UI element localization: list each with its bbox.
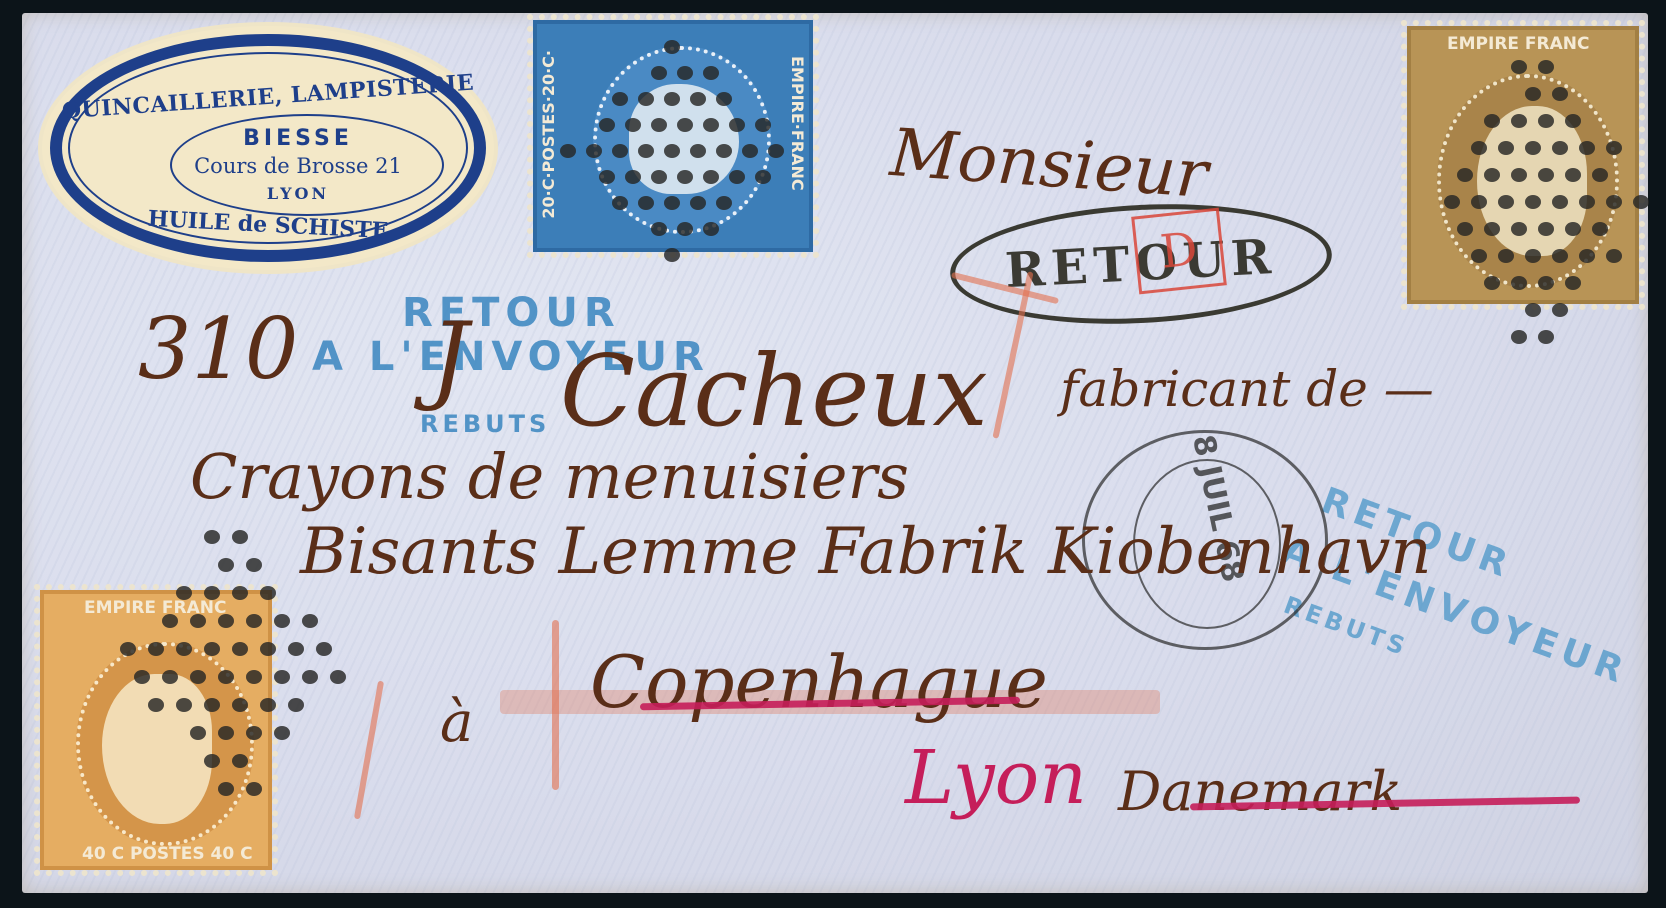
label-address: Cours de Brosse 21 bbox=[72, 154, 524, 178]
stamp-value-text: 20·C·POSTES·20·C· bbox=[539, 50, 558, 219]
stamp-country-text: EMPIRE FRANC bbox=[1447, 34, 1590, 54]
stamp-value-text: 40 C POSTES 40 C bbox=[82, 844, 253, 864]
label-city: LYON bbox=[72, 184, 524, 203]
address-country-struck: Danemark bbox=[1118, 760, 1402, 823]
label-name: BIESSE bbox=[72, 126, 524, 151]
address-line-3: Bisants Lemme Fabrik Kiobenhavn bbox=[300, 515, 1432, 589]
stamp-country-text: EMPIRE FRANC bbox=[84, 598, 227, 618]
stamp-blue-20c: 20·C·POSTES·20·C· EMPIRE·FRANC bbox=[533, 20, 813, 252]
handstamp-line3: REBUTS bbox=[420, 410, 550, 438]
stamp-country-text: EMPIRE·FRANC bbox=[788, 56, 807, 191]
portrait-icon bbox=[1477, 106, 1587, 256]
red-boxed-mark: D bbox=[1131, 208, 1227, 295]
merchant-label: QUINCAILLERIE, LAMPISTERIE BIESSE Cours … bbox=[42, 26, 494, 270]
addressee-name: Cacheux bbox=[560, 335, 988, 449]
postage-rate: 310 bbox=[138, 300, 298, 398]
portrait-icon bbox=[102, 674, 212, 824]
address-line-2: Crayons de menuisiers bbox=[190, 440, 909, 513]
stamp-orange-40c: EMPIRE FRANC 40 C POSTES 40 C bbox=[40, 590, 272, 870]
addressee-initial: J bbox=[430, 302, 468, 414]
addressee-occupation: fabricant de — bbox=[1060, 360, 1434, 418]
stamp-bistre-10c: EMPIRE FRANC bbox=[1407, 26, 1639, 304]
address-via: à bbox=[440, 690, 473, 755]
address-city-struck: Copenhague bbox=[590, 640, 1048, 724]
address-city-new: Lyon bbox=[905, 735, 1087, 821]
portrait-icon bbox=[629, 84, 739, 194]
